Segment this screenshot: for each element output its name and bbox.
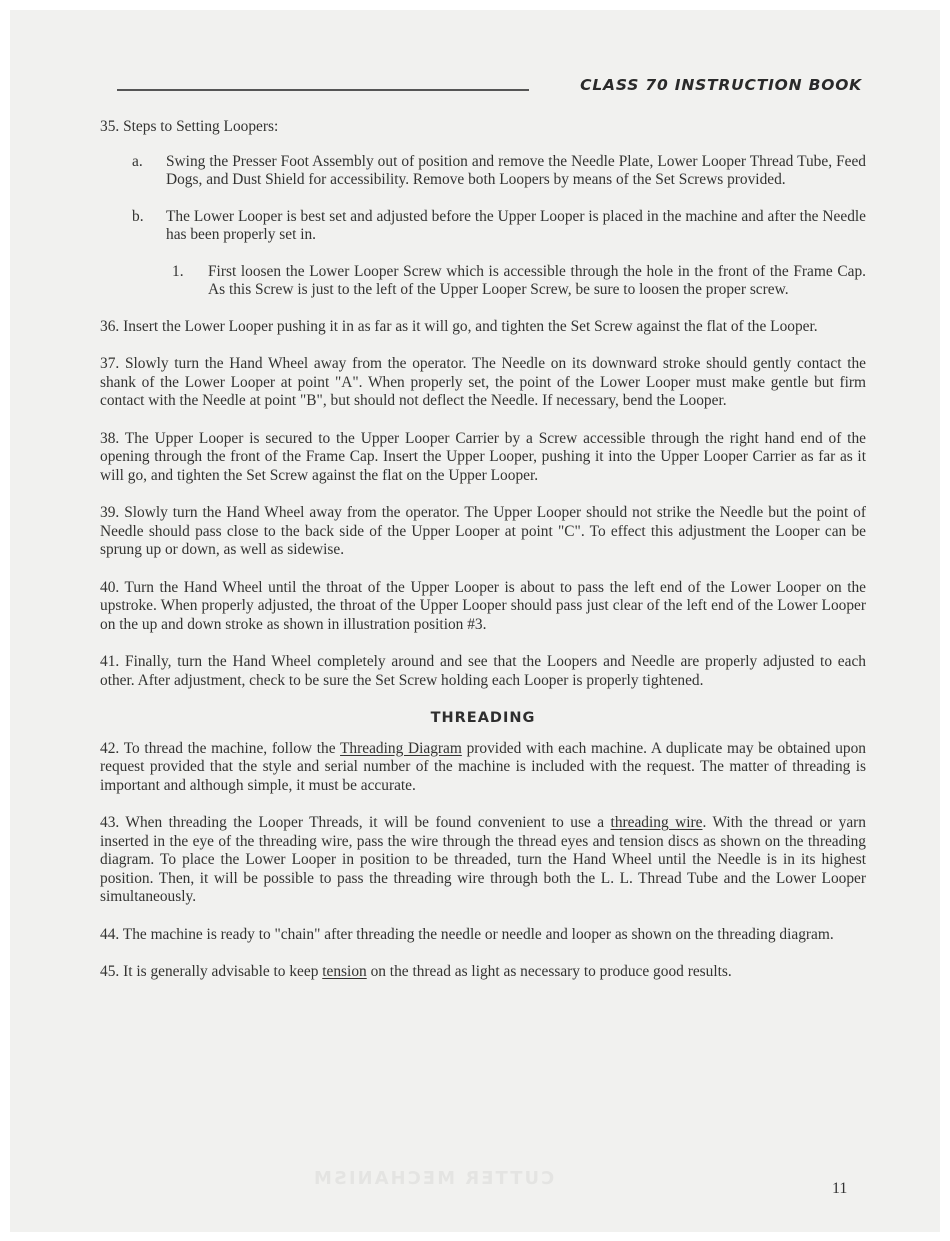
- threading-heading: THREADING: [100, 709, 866, 728]
- bleed-through-text: CUTTER MECHANISM: [312, 1168, 554, 1189]
- section-43-text-start: 43. When threading the Looper Threads, i…: [100, 814, 611, 831]
- step-35b1: 1. First loosen the Lower Looper Screw w…: [100, 263, 866, 300]
- step-marker: 1.: [172, 263, 208, 300]
- step-35a: a. Swing the Presser Foot Assembly out o…: [100, 153, 866, 190]
- section-38: 38. The Upper Looper is secured to the U…: [100, 430, 866, 486]
- section-45: 45. It is generally advisable to keep te…: [100, 963, 866, 982]
- book-title: CLASS 70 INSTRUCTION BOOK: [580, 76, 862, 94]
- step-marker: a.: [132, 153, 166, 190]
- section-35-title: 35. Steps to Setting Loopers:: [100, 118, 866, 137]
- section-44: 44. The machine is ready to "chain" afte…: [100, 926, 866, 945]
- header-rule: [117, 89, 529, 91]
- section-42-text-start: 42. To thread the machine, follow the: [100, 740, 340, 757]
- step-35b: b. The Lower Looper is best set and adju…: [100, 208, 866, 245]
- step-marker: b.: [132, 208, 166, 245]
- section-41: 41. Finally, turn the Hand Wheel complet…: [100, 653, 866, 690]
- document-body: 35. Steps to Setting Loopers: a. Swing t…: [100, 118, 866, 1001]
- step-text: Swing the Presser Foot Assembly out of p…: [166, 153, 866, 190]
- threading-diagram-term: Threading Diagram: [340, 740, 462, 757]
- step-text: First loosen the Lower Looper Screw whic…: [208, 263, 866, 300]
- page-number: 11: [832, 1180, 847, 1198]
- page-header: CLASS 70 INSTRUCTION BOOK: [117, 70, 862, 100]
- tension-term: tension: [322, 963, 366, 980]
- section-43: 43. When threading the Looper Threads, i…: [100, 814, 866, 907]
- section-37: 37. Slowly turn the Hand Wheel away from…: [100, 355, 866, 411]
- step-text: The Lower Looper is best set and adjuste…: [166, 208, 866, 245]
- section-39: 39. Slowly turn the Hand Wheel away from…: [100, 504, 866, 560]
- section-40: 40. Turn the Hand Wheel until the throat…: [100, 579, 866, 635]
- section-42: 42. To thread the machine, follow the Th…: [100, 740, 866, 796]
- section-36: 36. Insert the Lower Looper pushing it i…: [100, 318, 866, 337]
- section-45-text-start: 45. It is generally advisable to keep: [100, 963, 322, 980]
- section-45-text-end: on the thread as light as necessary to p…: [367, 963, 732, 980]
- threading-wire-term: threading wire: [611, 814, 703, 831]
